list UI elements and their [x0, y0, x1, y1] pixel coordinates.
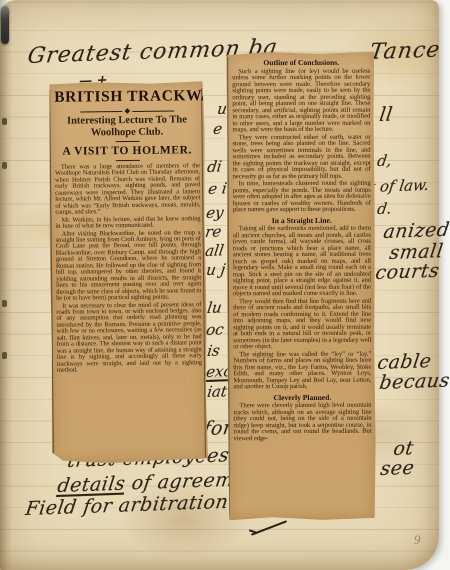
article-paragraph: Taking all the earthworks mentioned, add… — [233, 226, 371, 298]
article-body: There was a large attendance of members … — [55, 163, 202, 374]
stitch-mark — [2, 352, 7, 359]
article-paragraph: They would then find that line fragments… — [233, 298, 371, 350]
scrapbook-scan: Greatest common ba Tance — + u e c di e … — [0, 0, 450, 570]
section-heading: Cleverly Planned. — [233, 392, 371, 401]
subhead-line2: Woolhope Club. — [54, 126, 199, 139]
handwriting-fragment: ll — [378, 103, 394, 126]
handwriting-fragment: lu — [206, 298, 223, 317]
article-paragraph: They were constructed either of earth, w… — [232, 134, 370, 180]
handwriting-fragment: Tance — [368, 37, 442, 65]
article-paragraph: In time, homesteads clustered round the … — [233, 181, 371, 214]
clipping-headline: BRITISH TRACKWAYS — [54, 87, 199, 107]
article-paragraph: There were cleverly planned high level m… — [233, 403, 371, 442]
divider-line — [80, 111, 122, 112]
handwriting-fragment: re — [204, 222, 223, 241]
article-paragraph: It was necessary to clear the mind of pr… — [56, 302, 202, 374]
divider-diamond-icon — [124, 108, 130, 114]
binding-pin-icon — [1, 6, 9, 44]
article-body: Such a sighting line (or ley) would be u… — [232, 68, 371, 213]
handwriting-fragment: ey — [205, 203, 225, 222]
handwriting-fragment: because — [378, 369, 450, 394]
handwriting-fragment: iat — [206, 382, 228, 401]
page-number: 9 — [414, 532, 421, 548]
clipping-subhead: Interesting Lecture To The Woolhope Club… — [54, 114, 199, 139]
clipping-crosshead: A VISIT TO HOLMER. — [55, 144, 200, 158]
section-heading: Outline of Conclusions. — [232, 58, 370, 67]
handwriting-fragment: u j — [205, 260, 227, 279]
stitch-mark — [2, 118, 7, 125]
handwriting-fragment: is — [206, 341, 221, 360]
article-body: There were cleverly planned high level m… — [233, 403, 371, 442]
clipping-outline-of-conclusions: Outline of Conclusions. Such a sighting … — [226, 52, 376, 521]
handwriting-fragment: see — [379, 457, 416, 480]
section-rule — [115, 141, 139, 142]
handwriting-fragment: d. — [376, 199, 393, 218]
stitch-mark — [2, 162, 7, 169]
article-paragraph: Mr. Watkins, in his lecture, said that h… — [55, 216, 200, 230]
article-paragraph: The sighting line was called the “ley” o… — [233, 351, 371, 390]
handwriting-fragment: all — [204, 241, 225, 260]
headline-divider — [54, 108, 199, 114]
article-paragraph: There was a large attendance of members … — [55, 163, 201, 216]
handwriting-fragment: di — [206, 157, 223, 176]
handwriting-fragment: t of law. — [368, 176, 430, 196]
handwriting-fragment: d, — [376, 151, 393, 170]
binding-edge — [0, 0, 12, 570]
article-body: Taking all the earthworks mentioned, add… — [233, 226, 372, 391]
divider-line — [132, 110, 174, 111]
stitch-mark — [2, 300, 7, 307]
handwriting-fragment: u — [216, 100, 228, 118]
handwriting-fragment: courts — [374, 260, 441, 284]
pen-stroke — [251, 520, 287, 535]
section-rule — [115, 160, 139, 161]
handwriting-fragment: e i — [207, 179, 228, 198]
handwriting-underlined-word: details — [56, 473, 127, 497]
subhead-line1: Interesting Lecture To The — [54, 114, 199, 127]
handwriting-fragment: oc — [205, 320, 225, 339]
section-heading: In a Straight Line. — [233, 215, 371, 224]
scrapbook-page: Greatest common ba Tance — + u e c di e … — [0, 0, 439, 570]
article-paragraph: After visiting Blackwardine, he noted on… — [56, 230, 202, 302]
article-paragraph: Such a sighting line (or ley) would be u… — [232, 68, 370, 133]
clipping-british-trackways: BRITISH TRACKWAYS Interesting Lecture To… — [48, 81, 208, 464]
